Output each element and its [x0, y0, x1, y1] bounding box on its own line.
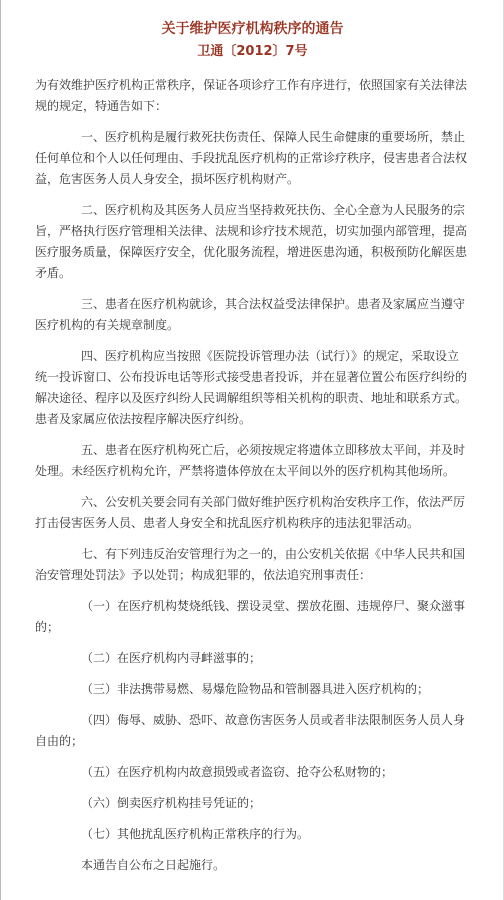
notice-paragraph: 四、医疗机构应当按照《医院投诉管理办法（试行）》的规定，采取设立统一投诉窗口、公…	[35, 346, 470, 430]
notice-paragraph: 一、医疗机构是履行救死扶伤责任、保障人民生命健康的重要场所，禁止任何单位和个人以…	[35, 127, 470, 190]
notice-paragraph: （三）非法携带易燃、易爆危险物品和管制器具进入医疗机构的；	[35, 679, 470, 700]
notice-doc-number: 卫通〔2012〕7号	[35, 41, 470, 63]
notice-title: 关于维护医疗机构秩序的通告	[35, 19, 470, 40]
notice-paragraph: 五、患者在医疗机构死亡后，必须按规定将遗体立即移放太平间，并及时处理。未经医疗机…	[35, 440, 470, 482]
notice-paragraph: 为有效维护医疗机构正常秩序，保证各项诊疗工作有序进行，依照国家有关法律法规的规定…	[35, 75, 470, 117]
notice-paragraph: 二、医疗机构及其医务人员应当坚持救死扶伤、全心全意为人民服务的宗旨，严格执行医疗…	[35, 200, 470, 284]
notice-paragraph: 六、公安机关要会同有关部门做好维护医疗机构治安秩序工作，依法严厉打击侵害医务人员…	[35, 492, 470, 534]
notice-paragraph: 本通告自公布之日起施行。	[35, 855, 470, 876]
notice-paragraph: （一）在医疗机构焚烧纸钱、摆设灵堂、摆放花圈、违规停尸、聚众滋事的；	[35, 596, 470, 638]
notice-paragraph: 三、患者在医疗机构就诊，其合法权益受法律保护。患者及家属应当遵守医疗机构的有关规…	[35, 294, 470, 336]
notice-paragraph: （六）倒卖医疗机构挂号凭证的；	[35, 793, 470, 814]
notice-paragraph: （五）在医疗机构内故意损毁或者盗窃、抢夺公私财物的；	[35, 762, 470, 783]
notice-paragraph: （四）侮辱、威胁、恐吓、故意伤害医务人员或者非法限制医务人员人身自由的；	[35, 710, 470, 752]
notice-body: 为有效维护医疗机构正常秩序，保证各项诊疗工作有序进行，依照国家有关法律法规的规定…	[35, 75, 470, 876]
notice-paragraph: （七）其他扰乱医疗机构正常秩序的行为。	[35, 824, 470, 845]
notice-document: 关于维护医疗机构秩序的通告 卫通〔2012〕7号 为有效维护医疗机构正常秩序，保…	[0, 0, 504, 900]
notice-paragraph: （二）在医疗机构内寻衅滋事的；	[35, 648, 470, 669]
notice-paragraph: 七、有下列违反治安管理行为之一的，由公安机关依据《中华人民共和国治安管理处罚法》…	[35, 544, 470, 586]
